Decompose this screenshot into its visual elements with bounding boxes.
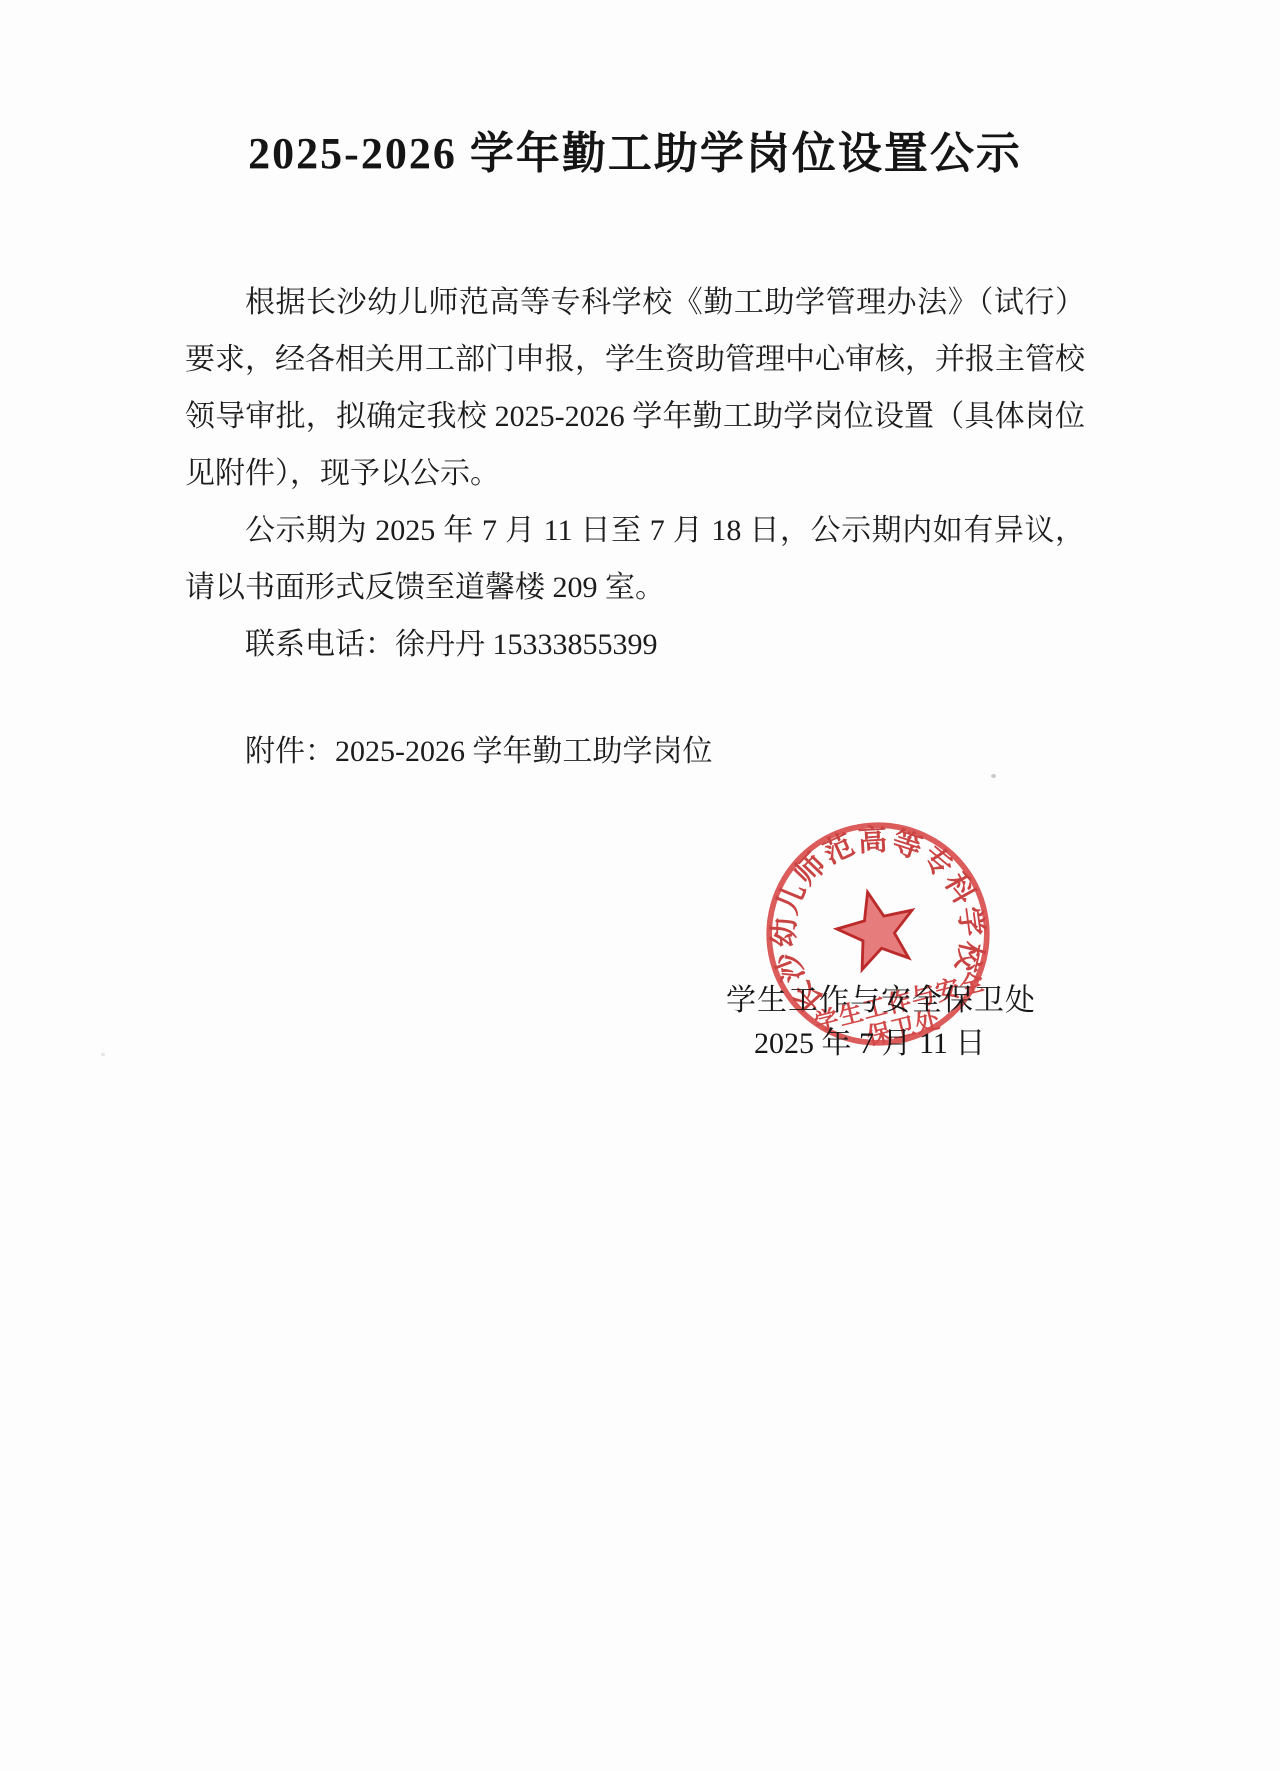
paragraph: 根据长沙幼儿师范高等专科学校《勤工助学管理办法》（试行） 要求，经各相关用工部门… [185,274,1085,502]
document-body: 根据长沙幼儿师范高等专科学校《勤工助学管理办法》（试行） 要求，经各相关用工部门… [185,274,1085,780]
body-line: 公示期为 2025 年 7 月 11 日至 7 月 18 日，公示期内如有异议， [185,502,1085,559]
scan-speck [991,774,996,778]
body-line: 见附件），现予以公示。 [185,445,1085,502]
scan-speck [101,1053,105,1056]
attachment-line: 附件：2025-2026 学年勤工助学岗位 [185,723,1085,780]
body-line: 要求，经各相关用工部门申报，学生资助管理中心审核，并报主管校 [185,331,1085,388]
body-line: 根据长沙幼儿师范高等专科学校《勤工助学管理办法》（试行） [185,274,1085,331]
seal-star-icon [830,883,923,973]
paragraph: 公示期为 2025 年 7 月 11 日至 7 月 18 日，公示期内如有异议，… [185,502,1085,616]
signature-date: 2025 年 7 月 11 日 [754,1024,985,1064]
document-content: 2025-2026 学年勤工助学岗位设置公示 根据长沙幼儿师范高等专科学校《勤工… [185,0,1085,780]
contact-line: 联系电话：徐丹丹 15333855399 [185,616,1085,673]
scanned-notice-page: 2025-2026 学年勤工助学岗位设置公示 根据长沙幼儿师范高等专科学校《勤工… [0,0,1280,1771]
body-line: 请以书面形式反馈至道馨楼 209 室。 [185,559,1085,616]
signature-department: 学生工作与安全保卫处 [726,981,1036,1021]
document-title: 2025-2026 学年勤工助学岗位设置公示 [185,126,1085,182]
body-line: 领导审批，拟确定我校 2025-2026 学年勤工助学岗位设置（具体岗位 [185,388,1085,445]
